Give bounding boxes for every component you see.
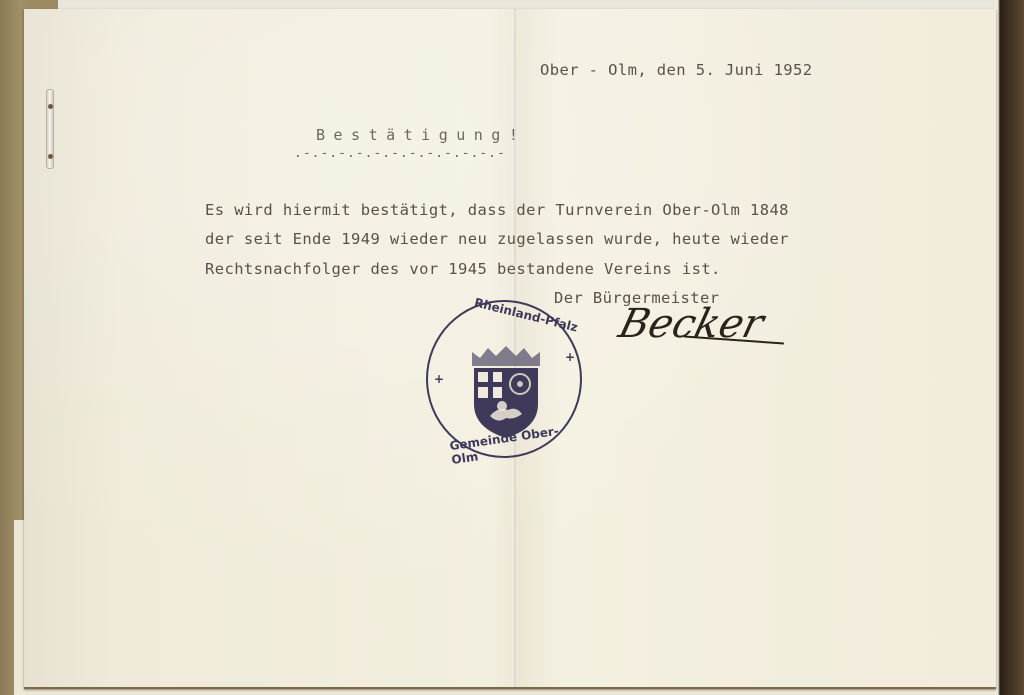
body-line-3: Rechtsnachfolger des vor 1945 bestandene… — [205, 260, 721, 278]
coat-of-arms-icon — [462, 344, 550, 440]
date-line: Ober - Olm, den 5. Juni 1952 — [540, 61, 813, 79]
body-line-1: Es wird hiermit bestätigt, dass der Turn… — [205, 201, 789, 219]
document-sheet: Ober - Olm, den 5. Juni 1952 Bestätigung… — [24, 9, 996, 689]
official-stamp: Rheinland-Pfalz + + Gemeinde Ober-Olm — [426, 300, 582, 458]
stamp-separator-left: + — [434, 372, 444, 386]
background-edge — [995, 0, 1024, 695]
stamp-separator-right: + — [565, 350, 575, 364]
staple-icon — [46, 89, 54, 169]
title-underline: .-.-.-.-.-.-.-.-.-.-.-.- — [294, 146, 506, 161]
document-title: Bestätigung! — [316, 126, 526, 144]
body-line-2: der seit Ende 1949 wieder neu zugelassen… — [205, 230, 789, 248]
